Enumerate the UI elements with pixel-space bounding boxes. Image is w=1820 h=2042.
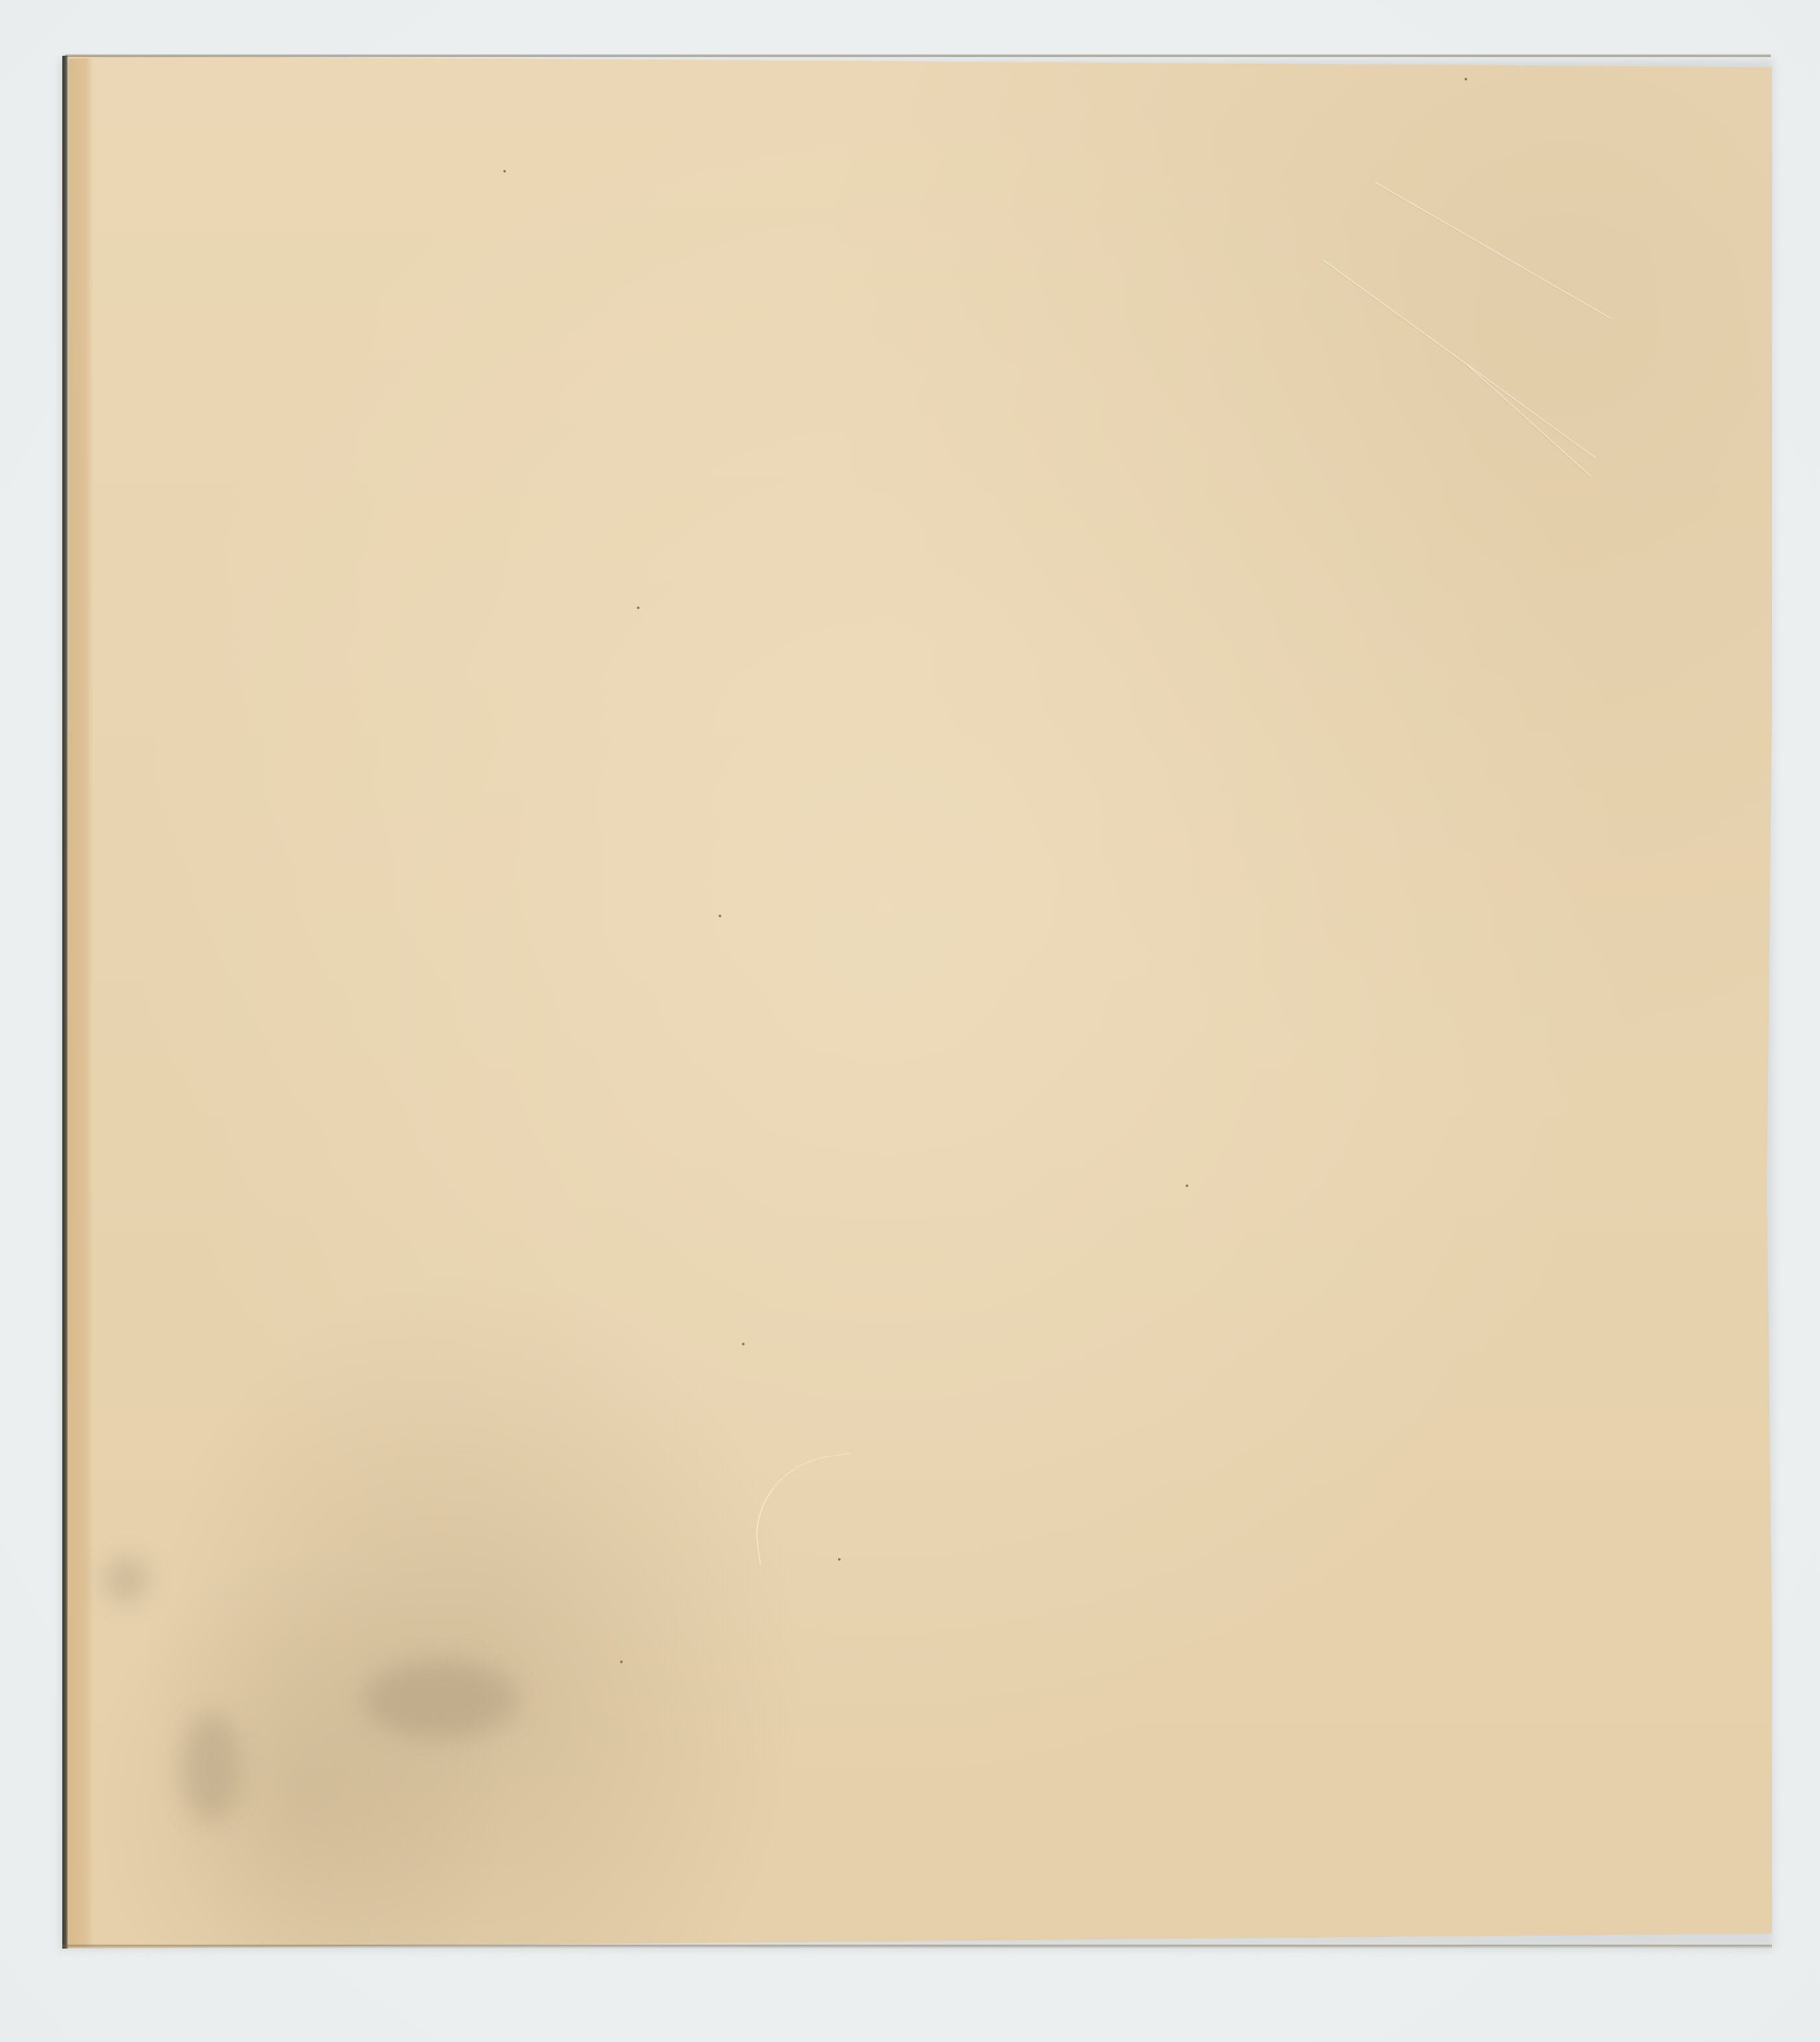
sheet-left-dark-edge [62, 56, 69, 1949]
sheet-bottom-edge [62, 1945, 1772, 1949]
paper-speck [1465, 78, 1467, 80]
sheet-spine-strip [69, 58, 93, 1947]
page-content-area [104, 91, 1738, 1920]
sheet-top-edge [65, 54, 1771, 57]
